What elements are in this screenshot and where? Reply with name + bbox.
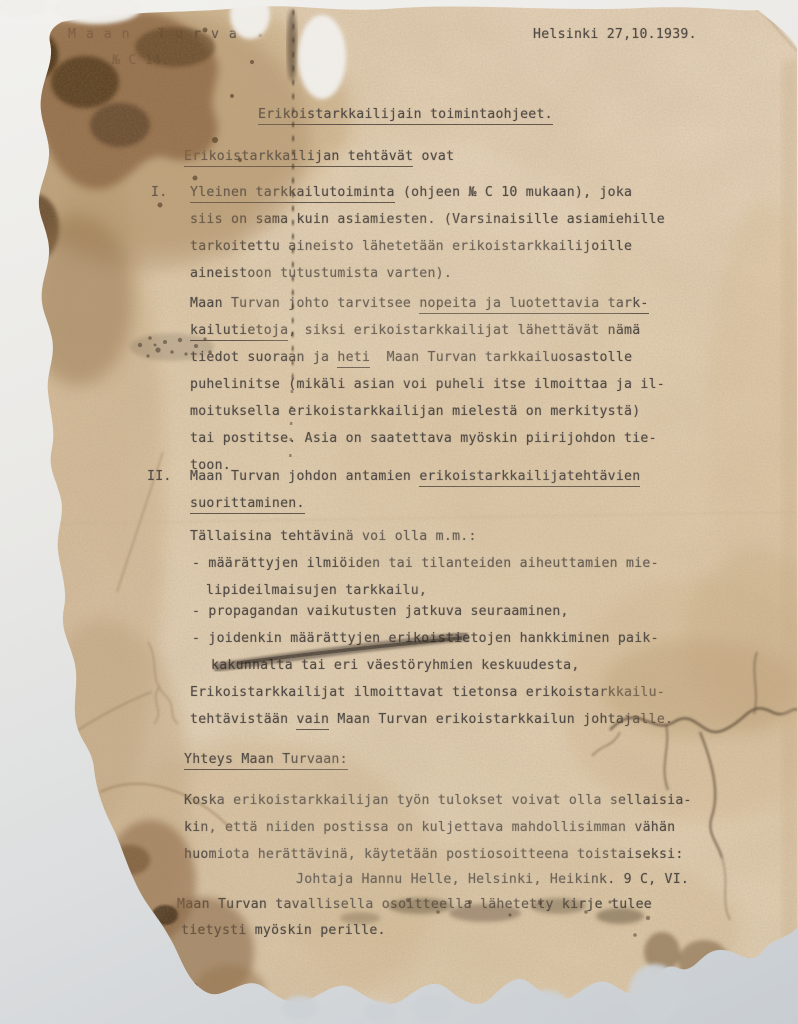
item1-p2-l2-underlined: kailutietoja <box>190 323 288 341</box>
item1-p2-l3-plain1: tiedot suoraan ja <box>190 350 337 365</box>
letterhead-ref-no: № C 14. <box>112 52 169 69</box>
item1-p1-l1-underlined: Yleinen tarkkailutoiminta <box>190 185 395 203</box>
letterhead-org-text: M a a n T u r v a <box>68 27 238 42</box>
item1-numeral: I. <box>151 184 167 201</box>
section1-heading: Erikoistarkkailijan tehtävät ovat <box>184 148 454 165</box>
item1-p1-l1-rest: (ohjeen № C 10 mukaan), joka <box>395 185 633 200</box>
item1-p2-l2-plain: , siksi erikoistarkkailijat lähettävät n… <box>288 323 640 338</box>
item2-h1-plain: Maan Turvan johdon antamien <box>190 469 419 484</box>
item1-p1-line1: Yleinen tarkkailutoiminta (ohjeen № C 10… <box>190 184 632 201</box>
section2-line2: kin, että niiden postissa on kuljettava … <box>184 819 675 836</box>
document-text: M a a n T u r v a № C 14. Helsinki 27,10… <box>0 0 798 1024</box>
section2-line6: tietysti myöskin perille. <box>181 922 386 939</box>
item2-closing-plain1: tehtävistään <box>190 712 296 727</box>
item1-p2-l1-plain: Maan Turvan johto tarvitsee <box>190 296 419 311</box>
item2-intro: Tällaisina tehtävinä voi olla m.m.: <box>190 528 477 545</box>
item2-bullet3-line1: - joidenkin määrättyjen erikoistietojen … <box>192 630 659 647</box>
letterhead-org: M a a n T u r v a <box>68 26 238 43</box>
item2-bullet2: - propagandan vaikutusten jatkuva seuraa… <box>192 603 569 620</box>
section2-line5: Maan Turvan tavallisella osoitteella läh… <box>177 896 652 913</box>
item1-p2-l3-underlined: heti <box>337 350 370 368</box>
letterhead-place-date: Helsinki 27,10.1939. <box>533 26 697 43</box>
section2-address-line: Johtaja Hannu Helle, Helsinki, Heikink. … <box>296 871 689 888</box>
section2-heading-text: Yhteys Maan Turvaan: <box>184 752 348 770</box>
item2-h1-underlined: erikoistarkkailijatehtävien <box>419 469 640 487</box>
item2-bullet1-line1: - määrättyjen ilmiöiden tai tilanteiden … <box>192 555 659 572</box>
section1-heading-underlined: Erikoistarkkailijan tehtävät <box>184 149 413 167</box>
item1-p2-line4: puhelinitse (mikäli asian voi puheli its… <box>190 376 665 393</box>
item2-closing-plain2: Maan Turvan erikoistarkkailun johtajalle… <box>329 712 673 727</box>
item1-p1-line3: tarkoitettu aineisto lähetetään erikoist… <box>190 238 632 255</box>
item1-p2-l1-underlined: nopeita ja luotettavia tark- <box>419 296 648 314</box>
item1-p2-line3: tiedot suoraan ja heti Maan Turvan tarkk… <box>190 349 632 366</box>
document-title: Erikoistarkkailijain toimintaohjeet. <box>258 106 553 123</box>
item2-numeral: II. <box>147 468 172 485</box>
item1-p2-line6: tai postitse. Asia on saatettava myöskin… <box>190 430 657 447</box>
section1-heading-rest: ovat <box>413 149 454 164</box>
item2-closing-line1: Erikoistarkkailijat ilmoittavat tietonsa… <box>190 684 665 701</box>
section2-line3: huomiota herättävinä, käytetään postioso… <box>184 846 684 863</box>
item2-closing-underlined: vain <box>296 712 329 730</box>
item2-h2-underlined: suorittaminen. <box>190 496 305 514</box>
item2-bullet1-line2: lipideilmaisujen tarkkailu, <box>206 582 427 599</box>
item2-bullet3-line2: kakunnalta tai eri väestöryhmien keskuud… <box>211 657 580 674</box>
item2-closing-line2: tehtävistään vain Maan Turvan erikoistar… <box>190 711 673 728</box>
item1-p2-line2: kailutietoja, siksi erikoistarkkailijat … <box>190 322 640 339</box>
item1-p2-line5: moituksella erikoistarkkailijan mielestä… <box>190 403 640 420</box>
document-title-text: Erikoistarkkailijain toimintaohjeet. <box>258 107 553 125</box>
scanned-document-page: M a a n T u r v a № C 14. Helsinki 27,10… <box>0 0 798 1024</box>
section2-heading: Yhteys Maan Turvaan: <box>184 751 348 768</box>
item1-p2-l3-plain2: Maan Turvan tarkkailuosastolle <box>370 350 632 365</box>
section2-line1: Koska erikoistarkkailijan työn tulokset … <box>184 792 692 809</box>
item2-heading-line2: suorittaminen. <box>190 495 305 512</box>
item1-p1-line2: siis on sama kuin asiamiesten. (Varsinai… <box>190 211 665 228</box>
item1-p2-line1: Maan Turvan johto tarvitsee nopeita ja l… <box>190 295 649 312</box>
item1-p1-line4: aineistoon tutustumista varten). <box>190 265 452 282</box>
item2-heading-line1: Maan Turvan johdon antamien erikoistarkk… <box>190 468 640 485</box>
